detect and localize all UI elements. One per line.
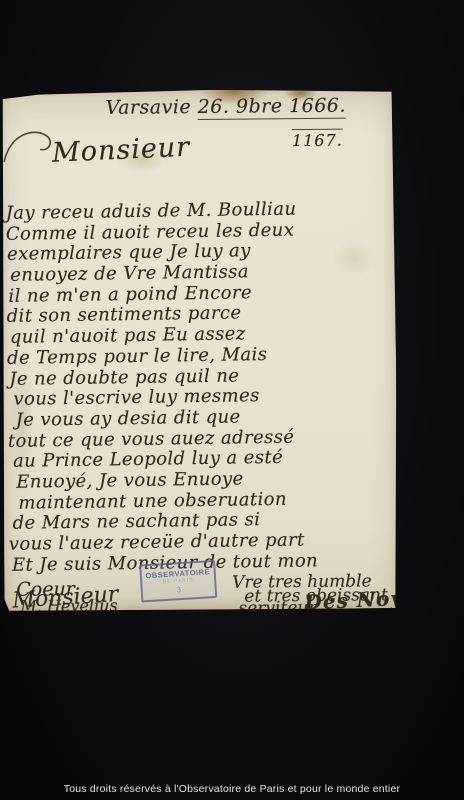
archive-number: 1167. <box>292 129 343 150</box>
dateline-place: Varsavie <box>106 96 192 119</box>
scan-background: Varsavie 26. 9bre 1666. 1167. Monsieur J… <box>0 0 464 800</box>
letter-body: Jay receu aduis de M. Boulliau Comme il … <box>6 199 398 575</box>
copyright-caption: Tous droits réservés à l'Observatoire de… <box>0 783 464 795</box>
stamp-number: 3 <box>176 585 181 594</box>
observatoire-stamp: OBSERVATOIRE DE PARIS 3 <box>139 560 217 603</box>
salutation: Monsieur <box>51 132 190 169</box>
stamp-text: DE PARIS <box>163 577 194 585</box>
dateline: Varsavie 26. 9bre 1666. <box>106 95 347 119</box>
dateline-date: 26. 9bre 1666. <box>198 95 347 120</box>
letter-page: Varsavie 26. 9bre 1666. 1167. Monsieur J… <box>0 88 398 612</box>
signature: Des Noyers <box>304 584 441 614</box>
addressee-name: M. Hevelius <box>20 596 117 616</box>
